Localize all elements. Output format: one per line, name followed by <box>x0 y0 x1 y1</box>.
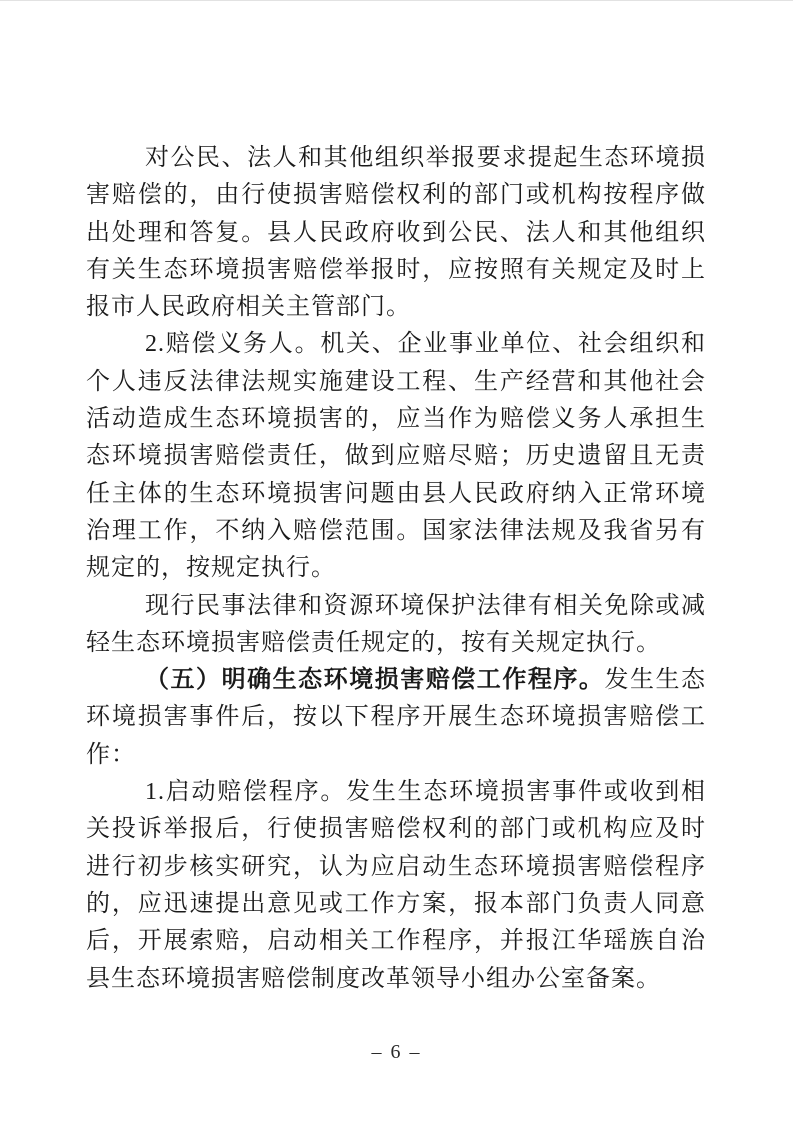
paragraph-text: 现行民事法律和资源环境保护法律有相关免除或减轻生态环境损害赔偿责任规定的，按有关… <box>86 593 706 656</box>
body-paragraph: 2.赔偿义务人。机关、企业事业单位、社会组织和个人违反法律法规实施建设工程、生产… <box>86 326 706 587</box>
scan-artifact-line <box>0 0 793 1</box>
body-paragraph: 1.启动赔偿程序。发生生态环境损害事件或收到相关投诉举报后，行使损害赔偿权利的部… <box>86 774 706 998</box>
body-paragraph: 2.调查和损害鉴定评估。行使损害赔偿权利的部门或机构（赔偿权利人代表）组织相关部… <box>86 998 706 1002</box>
paragraph-text: 对公民、法人和其他组织举报要求提起生态环境损害赔偿的，由行使损害赔偿权利的部门或… <box>86 145 706 320</box>
page-number: – 6 – <box>0 1040 793 1064</box>
paragraph-text: 1.启动赔偿程序。发生生态环境损害事件或收到相关投诉举报后，行使损害赔偿权利的部… <box>86 779 706 991</box>
body-paragraph: 对公民、法人和其他组织举报要求提起生态环境损害赔偿的，由行使损害赔偿权利的部门或… <box>86 140 706 326</box>
body-paragraph: 现行民事法律和资源环境保护法律有相关免除或减轻生态环境损害赔偿责任规定的，按有关… <box>86 588 706 663</box>
document-page: 对公民、法人和其他组织举报要求提起生态环境损害赔偿的，由行使损害赔偿权利的部门或… <box>0 0 793 1122</box>
paragraph-text: 2.赔偿义务人。机关、企业事业单位、社会组织和个人违反法律法规实施建设工程、生产… <box>86 331 706 581</box>
section-heading-bold-lead: （五）明确生态环境损害赔偿工作程序。 <box>145 667 604 693</box>
body-paragraph-section-heading: （五）明确生态环境损害赔偿工作程序。发生生态环境损害事件后，按以下程序开展生态环… <box>86 662 706 774</box>
document-body: 对公民、法人和其他组织举报要求提起生态环境损害赔偿的，由行使损害赔偿权利的部门或… <box>86 140 706 1002</box>
